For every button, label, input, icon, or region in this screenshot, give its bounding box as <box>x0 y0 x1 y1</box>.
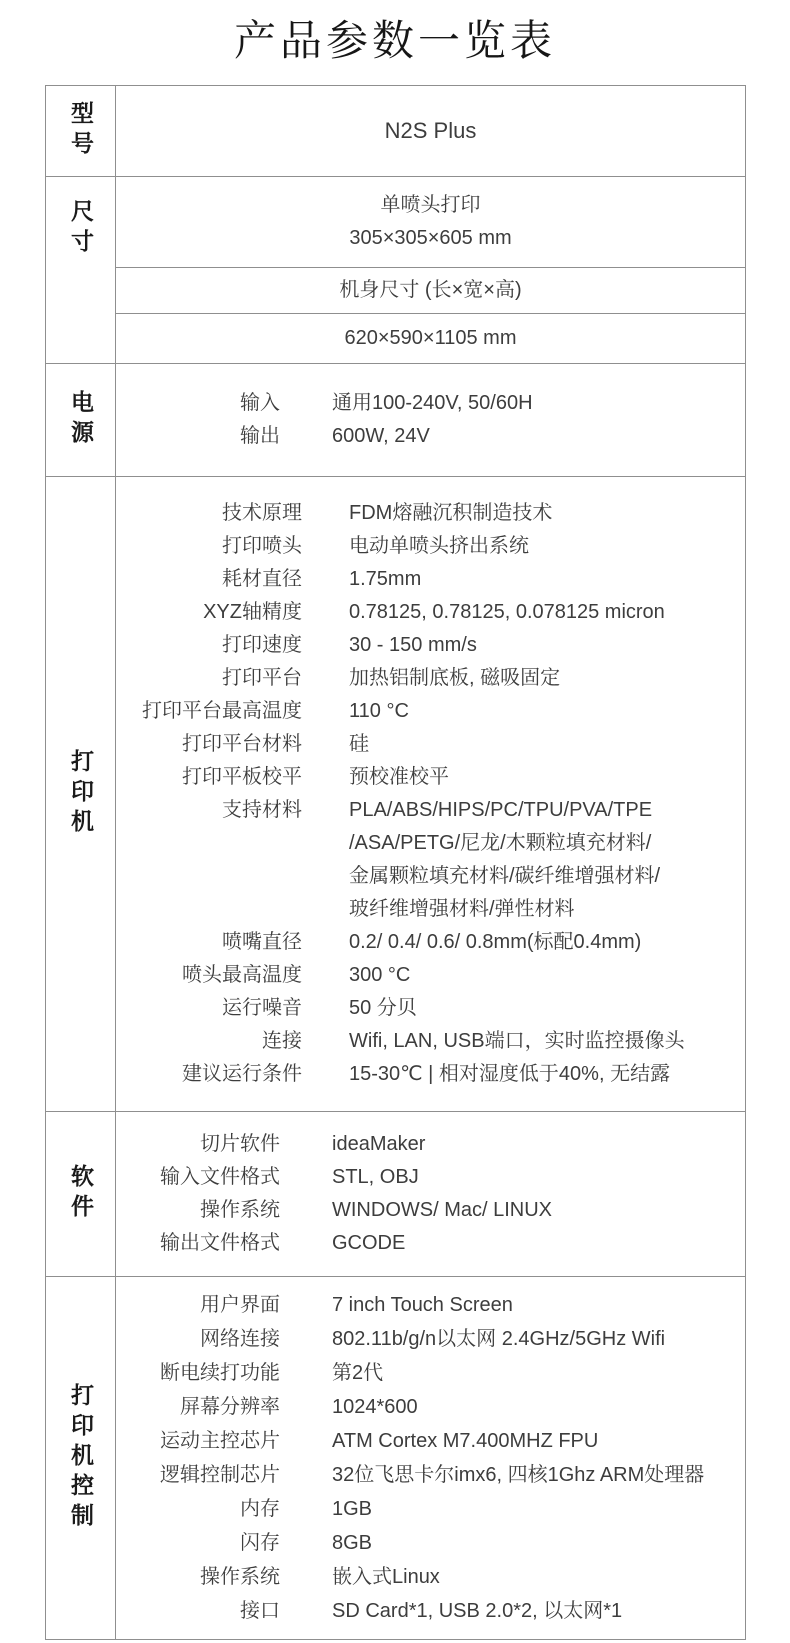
spec-value: SD Card*1, USB 2.0*2, 以太网*1 <box>332 1594 745 1628</box>
controller-spec-list: 用户界面7 inch Touch Screen网络连接802.11b/g/n以太… <box>116 1277 745 1639</box>
spec-row: 屏幕分辨率1024*600 <box>116 1390 745 1424</box>
spec-label: 技术原理 <box>116 497 302 530</box>
controller-cell: 用户界面7 inch Touch Screen网络连接802.11b/g/n以太… <box>116 1277 745 1639</box>
spec-value: 硅 <box>349 728 745 761</box>
spec-row: 闪存8GB <box>116 1526 745 1560</box>
dimensions-cells: 单喷头打印 305×305×605 mm 机身尺寸 (长×宽×高) 620×59… <box>116 177 745 363</box>
spec-value: 600W, 24V <box>332 420 745 453</box>
spec-row: 网络连接802.11b/g/n以太网 2.4GHz/5GHz Wifi <box>116 1322 745 1356</box>
spec-label: 耗材直径 <box>116 563 302 596</box>
spec-row: 接口SD Card*1, USB 2.0*2, 以太网*1 <box>116 1594 745 1628</box>
spec-label: 内存 <box>116 1492 280 1526</box>
section-dimensions: 尺寸 单喷头打印 305×305×605 mm 机身尺寸 (长×宽×高) 620… <box>46 176 745 363</box>
section-software: 软件 切片软件ideaMaker输入文件格式STL, OBJ操作系统WINDOW… <box>46 1111 745 1276</box>
spec-value: GCODE <box>332 1227 745 1260</box>
spec-value: WINDOWS/ Mac/ LINUX <box>332 1194 745 1227</box>
spec-row: 逻辑控制芯片32位飞思卡尔imx6, 四核1Ghz ARM处理器 <box>116 1458 745 1492</box>
section-power: 电源 输入通用100-240V, 50/60H输出600W, 24V <box>46 363 745 476</box>
spec-label: 运动主控芯片 <box>116 1424 280 1458</box>
spec-value: 第2代 <box>332 1356 745 1390</box>
spec-value: Wifi, LAN, USB端口，实时监控摄像头 <box>349 1025 745 1058</box>
spec-row: 用户界面7 inch Touch Screen <box>116 1288 745 1322</box>
spec-label: 操作系统 <box>116 1560 280 1594</box>
spec-row: 技术原理FDM熔融沉积制造技术 <box>116 497 745 530</box>
spec-value: PLA/ABS/HIPS/PC/TPU/PVA/TPE /ASA/PETG/尼龙… <box>349 794 745 926</box>
software-cell: 切片软件ideaMaker输入文件格式STL, OBJ操作系统WINDOWS/ … <box>116 1112 745 1276</box>
spec-row: 喷头最高温度300 °C <box>116 959 745 992</box>
spec-value: STL, OBJ <box>332 1161 745 1194</box>
spec-row: 支持材料PLA/ABS/HIPS/PC/TPU/PVA/TPE /ASA/PET… <box>116 794 745 926</box>
spec-label: 输入文件格式 <box>116 1161 280 1194</box>
spec-value: 预校准校平 <box>349 761 745 794</box>
power-cell: 输入通用100-240V, 50/60H输出600W, 24V <box>116 364 745 476</box>
spec-label: 输出文件格式 <box>116 1227 280 1260</box>
spec-label: 输入 <box>116 387 280 420</box>
spec-value: 1GB <box>332 1492 745 1526</box>
spec-label: 网络连接 <box>116 1322 280 1356</box>
spec-value: 32位飞思卡尔imx6, 四核1Ghz ARM处理器 <box>332 1458 745 1492</box>
category-label-controller: 打印机控制 <box>69 1383 92 1533</box>
spec-label: XYZ轴精度 <box>116 596 302 629</box>
spec-value: 0.2/ 0.4/ 0.6/ 0.8mm(标配0.4mm) <box>349 926 745 959</box>
spec-label: 连接 <box>116 1025 302 1058</box>
spec-value: 1024*600 <box>332 1390 745 1424</box>
spec-label: 屏幕分辨率 <box>116 1390 280 1424</box>
power-spec-list: 输入通用100-240V, 50/60H输出600W, 24V <box>116 364 745 476</box>
spec-value: 50 分贝 <box>349 992 745 1025</box>
spec-value: 300 °C <box>349 959 745 992</box>
product-spec-table: 型号 N2S Plus 尺寸 单喷头打印 305×305×605 mm 机身尺寸… <box>45 85 746 1640</box>
spec-label: 喷头最高温度 <box>116 959 302 992</box>
spec-row: 连接Wifi, LAN, USB端口，实时监控摄像头 <box>116 1025 745 1058</box>
spec-value: 电动单喷头挤出系统 <box>349 530 745 563</box>
category-label-printer: 打印机 <box>69 749 92 839</box>
spec-label: 打印平台 <box>116 662 302 695</box>
printer-cell: 技术原理FDM熔融沉积制造技术打印喷头电动单喷头挤出系统耗材直径1.75mmXY… <box>116 477 745 1111</box>
spec-row: 操作系统嵌入式Linux <box>116 1560 745 1594</box>
printer-spec-list: 技术原理FDM熔融沉积制造技术打印喷头电动单喷头挤出系统耗材直径1.75mmXY… <box>116 477 745 1111</box>
spec-row: 切片软件ideaMaker <box>116 1128 745 1161</box>
spec-label: 接口 <box>116 1594 280 1628</box>
spec-label: 建议运行条件 <box>116 1058 302 1091</box>
spec-label: 打印平板校平 <box>116 761 302 794</box>
spec-label: 喷嘴直径 <box>116 926 302 959</box>
spec-value: FDM熔融沉积制造技术 <box>349 497 745 530</box>
spec-row: 耗材直径1.75mm <box>116 563 745 596</box>
page-title: 产品参数一览表 <box>0 0 790 68</box>
build-volume-cell: 单喷头打印 305×305×605 mm <box>116 177 745 267</box>
spec-row: XYZ轴精度0.78125, 0.78125, 0.078125 micron <box>116 596 745 629</box>
spec-row: 断电续打功能第2代 <box>116 1356 745 1390</box>
spec-label: 打印速度 <box>116 629 302 662</box>
spec-row: 打印平台加热铝制底板, 磁吸固定 <box>116 662 745 695</box>
model-value: N2S Plus <box>116 118 745 144</box>
spec-label: 支持材料 <box>116 794 302 926</box>
spec-row: 输出文件格式GCODE <box>116 1227 745 1260</box>
category-cell-printer: 打印机 <box>46 477 116 1111</box>
spec-label: 切片软件 <box>116 1128 280 1161</box>
section-controller: 打印机控制 用户界面7 inch Touch Screen网络连接802.11b… <box>46 1276 745 1639</box>
spec-value: ATM Cortex M7.400MHZ FPU <box>332 1424 745 1458</box>
spec-value: 15-30℃ | 相对湿度低于40%, 无结露 <box>349 1058 745 1091</box>
category-cell-dimensions: 尺寸 <box>46 177 116 363</box>
page: 产品参数一览表 型号 N2S Plus 尺寸 单喷头打印 305×305×605… <box>0 0 790 68</box>
category-cell-controller: 打印机控制 <box>46 1277 116 1639</box>
spec-row: 内存1GB <box>116 1492 745 1526</box>
software-spec-list: 切片软件ideaMaker输入文件格式STL, OBJ操作系统WINDOWS/ … <box>116 1112 745 1276</box>
spec-value: 0.78125, 0.78125, 0.078125 micron <box>349 596 745 629</box>
spec-row: 打印平台最高温度110 °C <box>116 695 745 728</box>
category-label-software: 软件 <box>69 1164 92 1224</box>
section-model: 型号 N2S Plus <box>46 86 745 176</box>
spec-row: 打印平台材料硅 <box>116 728 745 761</box>
spec-row: 输入文件格式STL, OBJ <box>116 1161 745 1194</box>
model-value-cell: N2S Plus <box>116 86 745 176</box>
spec-label: 断电续打功能 <box>116 1356 280 1390</box>
spec-row: 操作系统WINDOWS/ Mac/ LINUX <box>116 1194 745 1227</box>
spec-value: 1.75mm <box>349 563 745 596</box>
spec-value: ideaMaker <box>332 1128 745 1161</box>
spec-label: 打印平台材料 <box>116 728 302 761</box>
category-cell-power: 电源 <box>46 364 116 476</box>
spec-row: 打印速度30 - 150 mm/s <box>116 629 745 662</box>
spec-value: 通用100-240V, 50/60H <box>332 387 745 420</box>
spec-label: 打印喷头 <box>116 530 302 563</box>
spec-label: 用户界面 <box>116 1288 280 1322</box>
spec-value: 加热铝制底板, 磁吸固定 <box>349 662 745 695</box>
spec-label: 逻辑控制芯片 <box>116 1458 280 1492</box>
spec-value: 7 inch Touch Screen <box>332 1288 745 1322</box>
spec-value: 802.11b/g/n以太网 2.4GHz/5GHz Wifi <box>332 1322 745 1356</box>
spec-row: 建议运行条件15-30℃ | 相对湿度低于40%, 无结露 <box>116 1058 745 1091</box>
spec-row: 运动主控芯片ATM Cortex M7.400MHZ FPU <box>116 1424 745 1458</box>
spec-row: 输出600W, 24V <box>116 420 745 453</box>
spec-label: 输出 <box>116 420 280 453</box>
spec-label: 操作系统 <box>116 1194 280 1227</box>
section-printer: 打印机 技术原理FDM熔融沉积制造技术打印喷头电动单喷头挤出系统耗材直径1.75… <box>46 476 745 1111</box>
spec-row: 输入通用100-240V, 50/60H <box>116 387 745 420</box>
spec-value: 8GB <box>332 1526 745 1560</box>
spec-row: 喷嘴直径0.2/ 0.4/ 0.6/ 0.8mm(标配0.4mm) <box>116 926 745 959</box>
category-label-dimensions: 尺寸 <box>69 199 92 259</box>
category-label-model: 型号 <box>69 101 92 161</box>
spec-value: 嵌入式Linux <box>332 1560 745 1594</box>
machine-size-value-cell: 620×590×1105 mm <box>116 313 745 363</box>
category-cell-model: 型号 <box>46 86 116 176</box>
spec-value: 110 °C <box>349 695 745 728</box>
spec-label: 打印平台最高温度 <box>116 695 302 728</box>
spec-label: 运行噪音 <box>116 992 302 1025</box>
machine-size-header-cell: 机身尺寸 (长×宽×高) <box>116 267 745 313</box>
spec-row: 运行噪音50 分贝 <box>116 992 745 1025</box>
spec-value: 30 - 150 mm/s <box>349 629 745 662</box>
spec-label: 闪存 <box>116 1526 280 1560</box>
spec-row: 打印平板校平预校准校平 <box>116 761 745 794</box>
category-label-power: 电源 <box>69 390 92 450</box>
spec-row: 打印喷头电动单喷头挤出系统 <box>116 530 745 563</box>
category-cell-software: 软件 <box>46 1112 116 1276</box>
